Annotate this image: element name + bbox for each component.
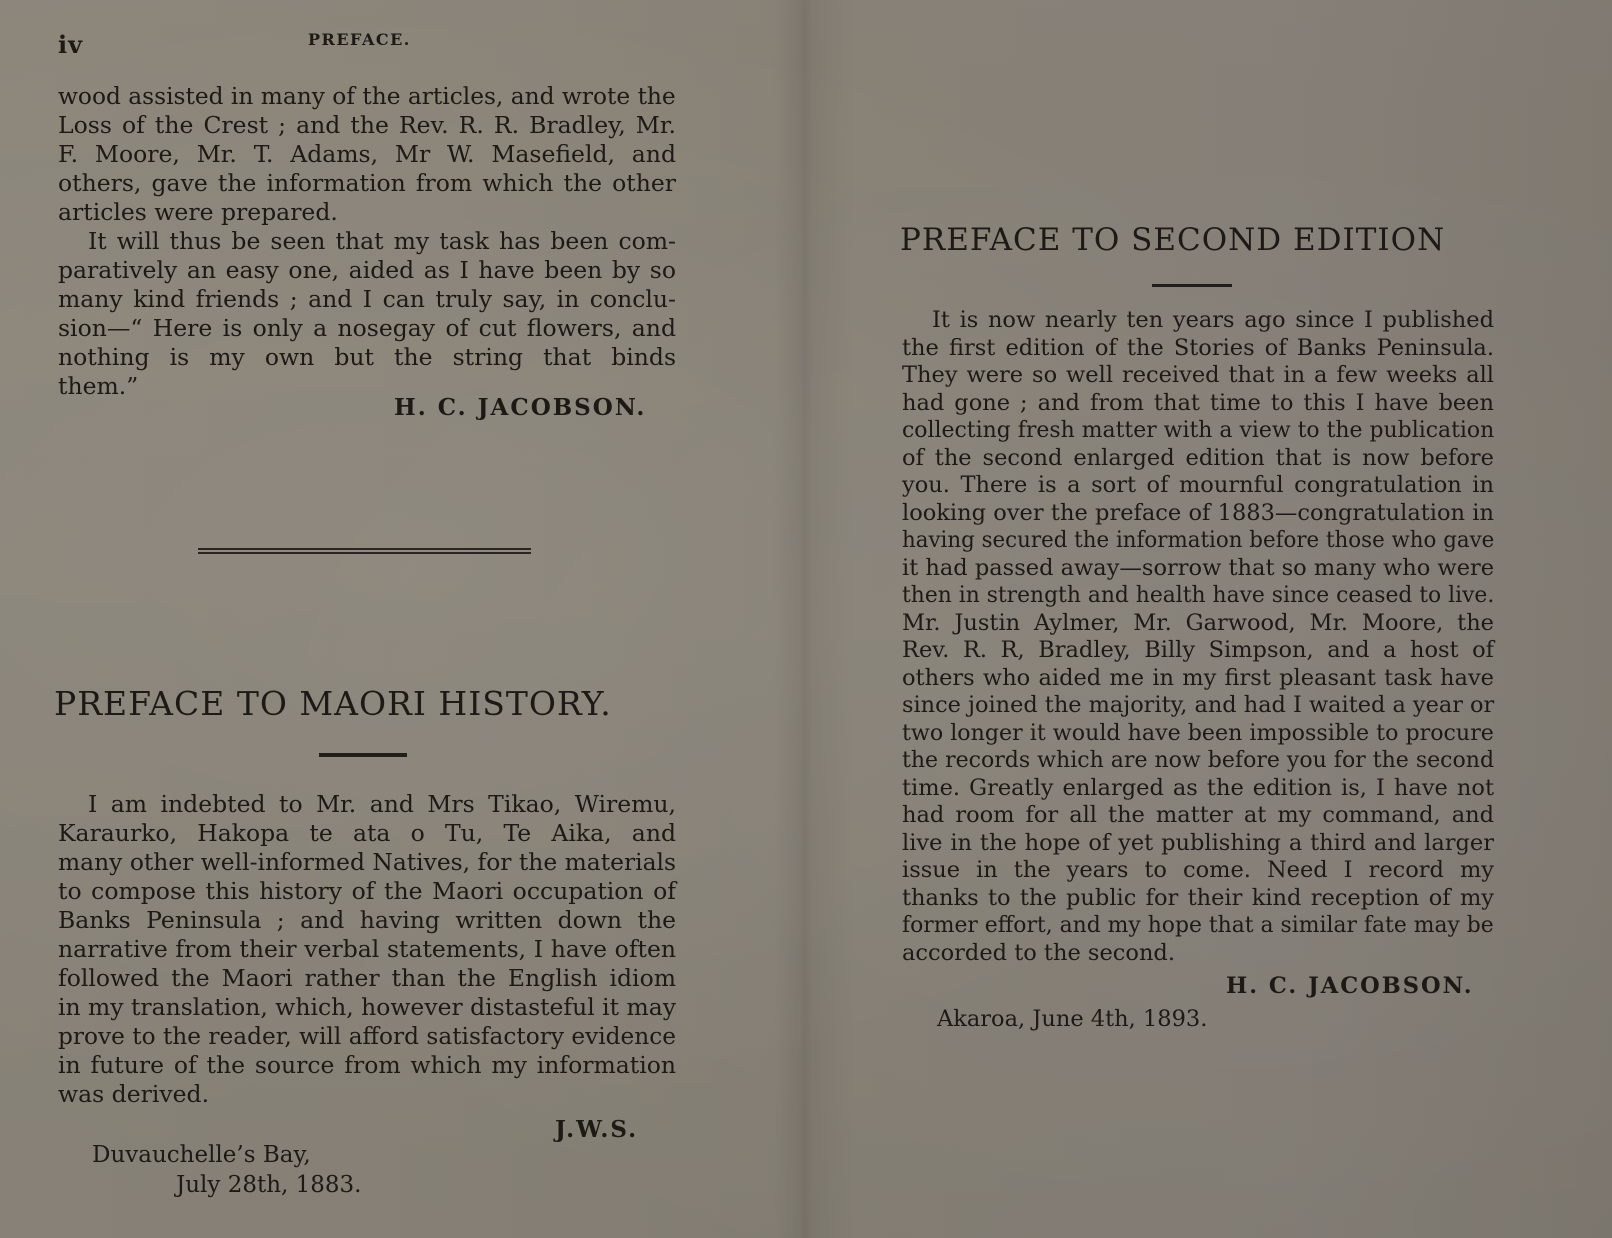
place-line: Duvauchelle’s Bay, <box>92 1142 311 1168</box>
text-line: followed the Maori rather than the Engli… <box>58 964 676 993</box>
signature-jacobson-second: H. C. JACOBSON. <box>1226 973 1474 999</box>
title-rule <box>1152 284 1232 287</box>
text-line: Mr. Justin Aylmer, Mr. Garwood, Mr. Moor… <box>902 610 1494 638</box>
text-line: having secured the information before th… <box>902 527 1464 555</box>
text-line: Rev. R. R, Bradley, Billy Simpson, and a… <box>902 637 1494 665</box>
double-rule-divider <box>198 548 531 554</box>
text-line: others, gave the information from which … <box>58 169 676 198</box>
text-line: many other well-informed Natives, for th… <box>58 848 673 877</box>
text-line: live in the hope of yet publishing a thi… <box>902 830 1494 858</box>
text-line: had gone ; and from that time to this I … <box>902 390 1494 418</box>
text-line: thanks to the public for their kind rece… <box>902 885 1494 913</box>
text-line: it had passed away—sorrow that so many w… <box>902 555 1494 583</box>
text-line: nothing is my own but the string that bi… <box>58 343 676 372</box>
text-line: time. Greatly enlarged as the edition is… <box>902 775 1494 803</box>
section-title-maori-history: PREFACE TO MAORI HISTORY. <box>54 684 612 723</box>
text-line: accorded to the second. <box>902 940 1494 968</box>
text-line: prove to the reader, will afford satisfa… <box>58 1022 669 1051</box>
text-line: many kind friends ; and I can truly say,… <box>58 285 676 314</box>
text-line: It is now nearly ten years ago since I p… <box>902 307 1494 335</box>
text-line: was derived. <box>58 1080 676 1109</box>
date-line: July 28th, 1883. <box>176 1172 361 1198</box>
text-line: in my translation, which, however distas… <box>58 993 675 1022</box>
book-spread: iv PREFACE. wood assisted in many of the… <box>0 0 1612 1238</box>
text-line: you. There is a sort of mournful congrat… <box>902 472 1494 500</box>
text-line: paratively an easy one, aided as I have … <box>58 256 676 285</box>
text-line: others who aided me in my first pleasant… <box>902 665 1494 693</box>
text-line: Karaurko, Hakopa te ata o Tu, Te Aika, a… <box>58 819 676 848</box>
text-line: I am indebted to Mr. and Mrs Tikao, Wire… <box>58 790 676 819</box>
left-page: iv PREFACE. wood assisted in many of the… <box>0 0 805 1238</box>
text-line: articles were prepared. <box>58 198 676 227</box>
section-title-second-edition: PREFACE TO SECOND EDITION <box>900 222 1445 258</box>
running-head-title: PREFACE. <box>308 30 411 49</box>
text-line: issue in the years to come. Need I recor… <box>902 857 1494 885</box>
text-line: two longer it would have been impossible… <box>902 720 1485 748</box>
text-line: of the second enlarged edition that is n… <box>902 445 1494 473</box>
text-line: F. Moore, Mr. T. Adams, Mr W. Masefield,… <box>58 140 676 169</box>
text-line: then in strength and health have since c… <box>902 582 1476 610</box>
text-line: since joined the majority, and had I wai… <box>902 692 1492 720</box>
text-line: Banks Peninsula ; and having written dow… <box>58 906 676 935</box>
text-line: had room for all the matter at my comman… <box>902 802 1494 830</box>
text-line: former effort, and my hope that a simila… <box>902 912 1477 940</box>
text-line: sion—“ Here is only a nosegay of cut flo… <box>58 314 676 343</box>
text-line: They were so well received that in a few… <box>902 362 1494 390</box>
text-line: to compose this history of the Maori occ… <box>58 877 676 906</box>
text-line: wood assisted in many of the articles, a… <box>58 82 670 111</box>
text-line: in future of the source from which my in… <box>58 1051 676 1080</box>
title-rule <box>319 753 407 757</box>
preface-continuation: wood assisted in many of the articles, a… <box>58 82 676 401</box>
text-line: the first edition of the Stories of Bank… <box>902 335 1494 363</box>
signature-jacobson: H. C. JACOBSON. <box>394 394 646 421</box>
place-date-line: Akaroa, June 4th, 1893. <box>937 1006 1207 1032</box>
text-line: the records which are now before you for… <box>902 747 1482 775</box>
page-number: iv <box>58 30 83 59</box>
running-head: iv PREFACE. <box>58 28 678 58</box>
signature-jws: J.W.S. <box>555 1116 638 1143</box>
text-line: collecting fresh matter with a view to t… <box>902 417 1479 445</box>
text-line: Loss of the Crest ; and the Rev. R. R. B… <box>58 111 676 140</box>
text-line: It will thus be seen that my task has be… <box>58 227 676 256</box>
second-edition-body: It is now nearly ten years ago since I p… <box>902 307 1494 967</box>
maori-preface-body: I am indebted to Mr. and Mrs Tikao, Wire… <box>58 790 676 1109</box>
text-line: looking over the preface of 1883—congrat… <box>902 500 1494 528</box>
text-line: narrative from their verbal statements, … <box>58 935 676 964</box>
